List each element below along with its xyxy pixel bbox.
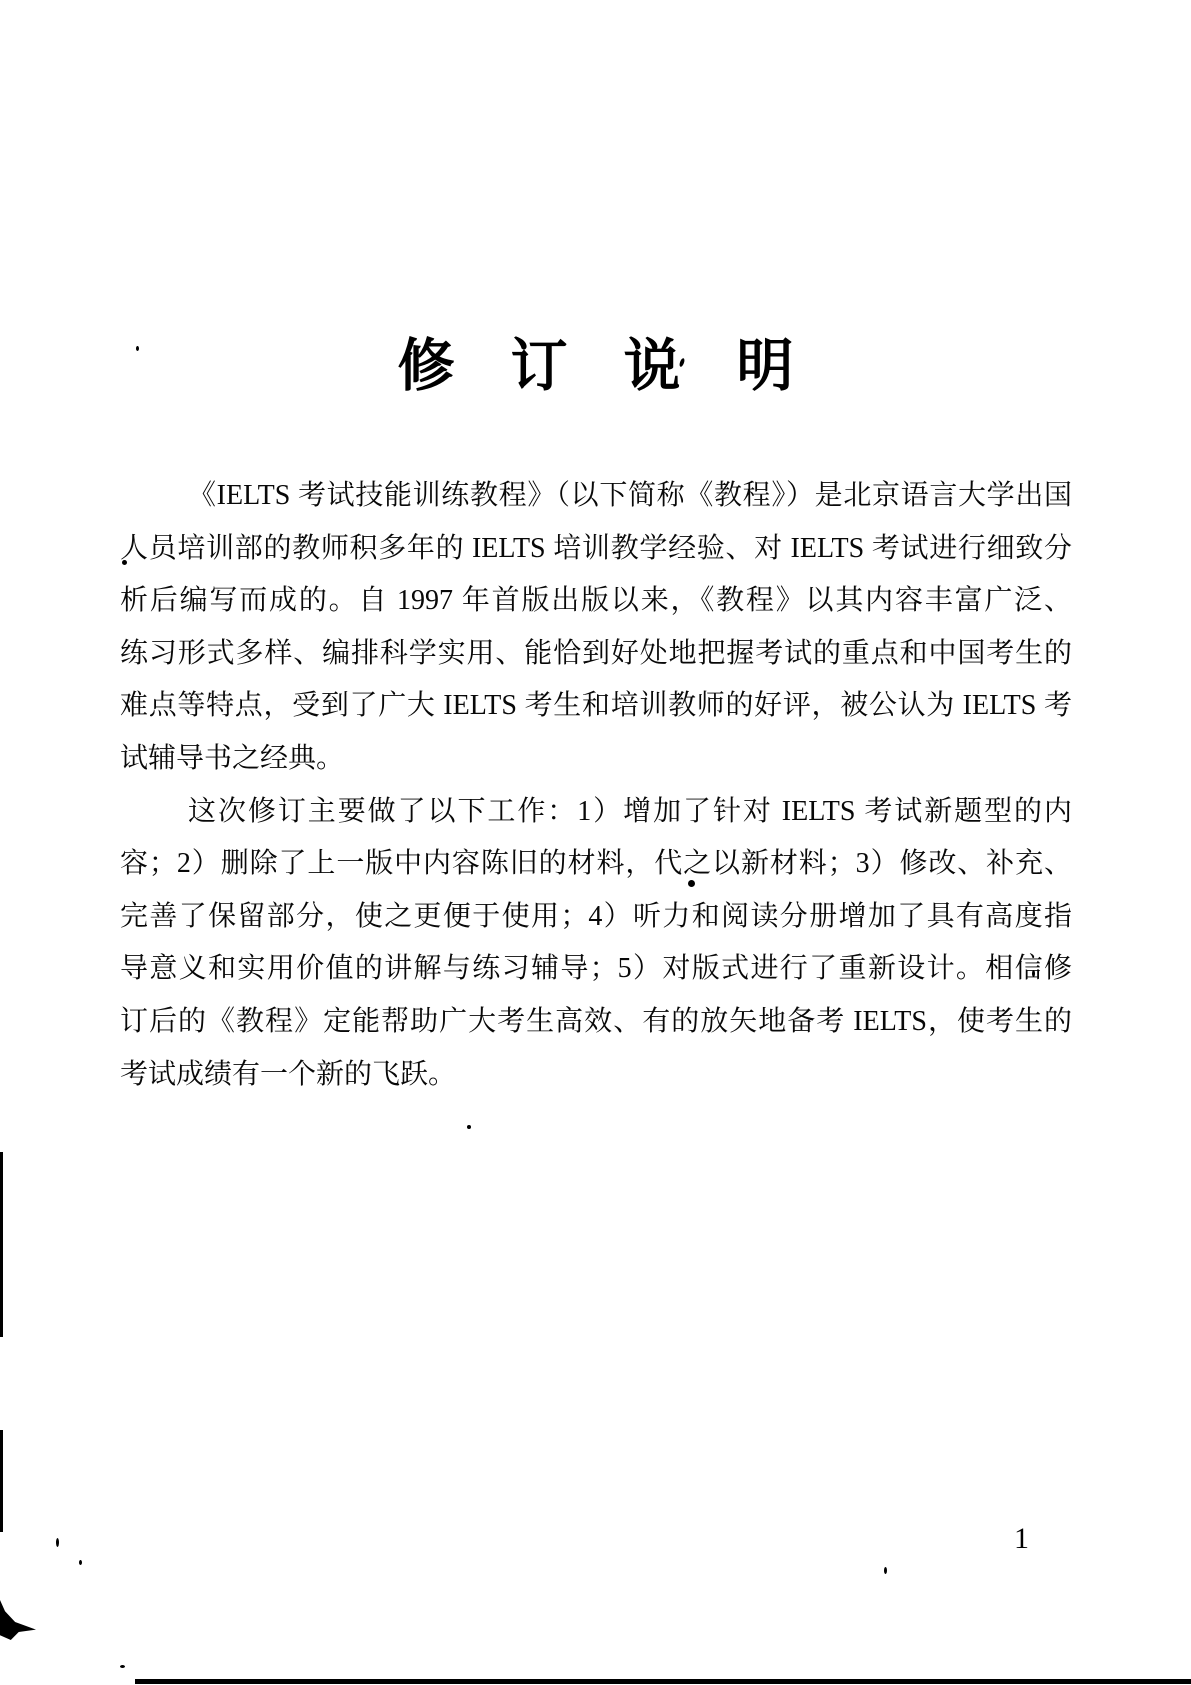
- scan-artifact-bottom-edge: [135, 1679, 1191, 1684]
- text-line: 《IELTS 考试技能训练教程》（以下简称《教程》）是北京语言大学出国: [120, 470, 1072, 523]
- text-line: 容；2）删除了上一版中内容陈旧的材料，代之以新材料；3）修改、补充、: [120, 838, 1072, 891]
- text-line: 试辅导书之经典。: [120, 733, 1072, 786]
- paragraph-1: 《IELTS 考试技能训练教程》（以下简称《教程》）是北京语言大学出国 人员培训…: [120, 470, 1072, 786]
- scan-artifact-left-line: [0, 1430, 3, 1532]
- scan-artifact-speck: [688, 880, 695, 887]
- text-line: 人员培训部的教师积多年的 IELTS 培训教学经验、对 IELTS 考试进行细致…: [120, 523, 1072, 576]
- scan-artifact-left-line: [0, 1152, 3, 1337]
- text-line: 难点等特点，受到了广大 IELTS 考生和培训教师的好评，被公认为 IELTS …: [120, 680, 1072, 733]
- scan-artifact-speck: [122, 560, 127, 565]
- text-line: 练习形式多样、编排科学实用、能恰到好处地把握考试的重点和中国考生的: [120, 628, 1072, 681]
- scan-artifact-speck: [79, 1560, 82, 1565]
- page-title: 修订说明: [0, 320, 1191, 402]
- text-line: 这次修订主要做了以下工作：1）增加了针对 IELTS 考试新题型的内: [120, 786, 1072, 839]
- scan-artifact-speck: [467, 1125, 471, 1129]
- body-text: 《IELTS 考试技能训练教程》（以下简称《教程》）是北京语言大学出国 人员培训…: [120, 470, 1072, 1101]
- text-line: 订后的《教程》定能帮助广大考生高效、有的放矢地备考 IELTS，使考生的: [120, 996, 1072, 1049]
- scan-artifact-speck: [120, 1665, 125, 1668]
- text-line: 导意义和实用价值的讲解与练习辅导；5）对版式进行了重新设计。相信修: [120, 943, 1072, 996]
- scan-artifact-ink-blob: [0, 1600, 36, 1640]
- scan-artifact-speck: [1032, 970, 1035, 977]
- paragraph-2: 这次修订主要做了以下工作：1）增加了针对 IELTS 考试新题型的内 容；2）删…: [120, 786, 1072, 1102]
- text-line: 析后编写而成的。自 1997 年首版出版以来，《教程》以其内容丰富广泛、: [120, 575, 1072, 628]
- scanned-book-page: 修订说明 《IELTS 考试技能训练教程》（以下简称《教程》）是北京语言大学出国…: [0, 0, 1191, 1685]
- text-line: 考试成绩有一个新的飞跃。: [120, 1049, 1072, 1102]
- scan-artifact-speck: [56, 1538, 59, 1547]
- scan-artifact-speck: [136, 346, 139, 351]
- page-number: 1: [1014, 1522, 1029, 1556]
- text-line: 完善了保留部分，使之更便于使用；4）听力和阅读分册增加了具有高度指: [120, 891, 1072, 944]
- scan-artifact-speck: [884, 1567, 887, 1574]
